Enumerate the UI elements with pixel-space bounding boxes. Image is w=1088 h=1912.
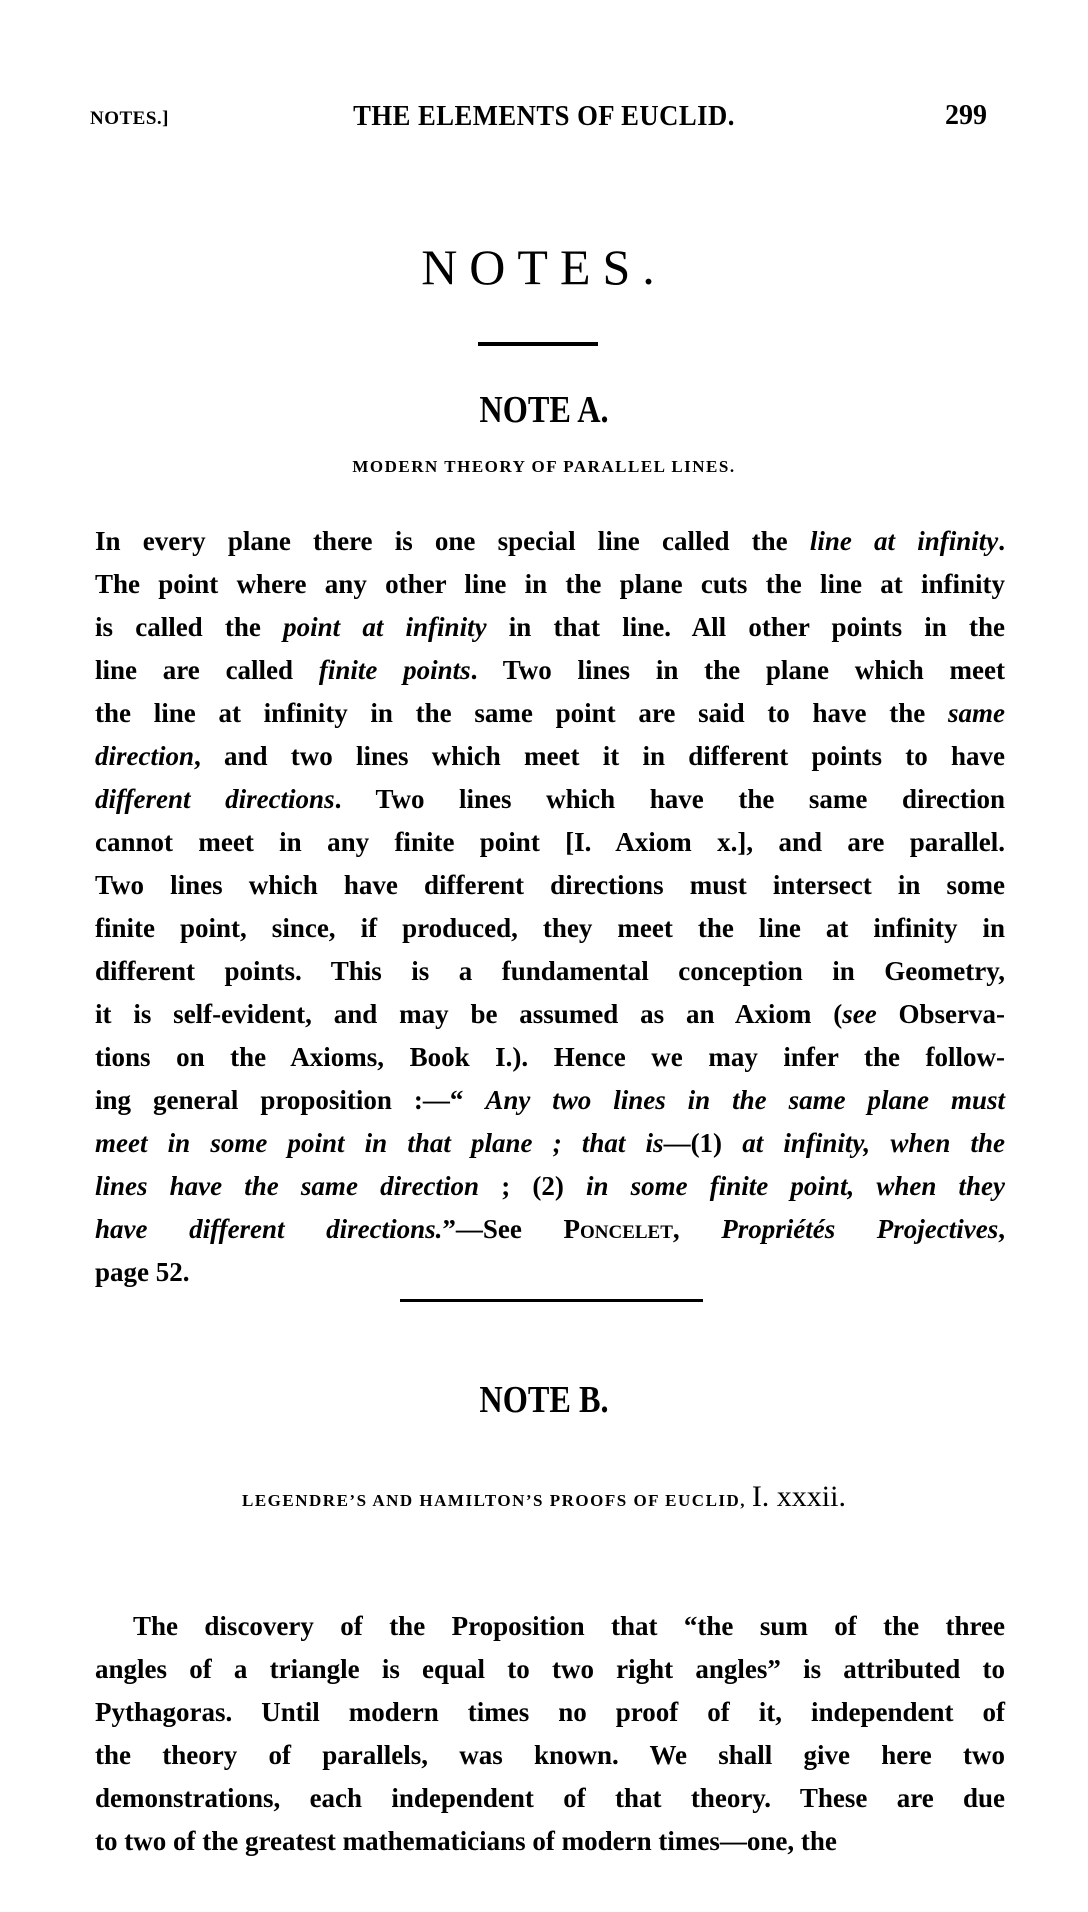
running-header: NOTES.] THE ELEMENTS OF EUCLID. 299 [0, 100, 1088, 140]
text-line: finite point, since, if produced, they m… [95, 907, 1005, 950]
text-line: page 52. [95, 1251, 1005, 1294]
italic-text: Propriétés Projectives [721, 1214, 998, 1244]
text-line: ing general proposition :—“ Any two line… [95, 1079, 1005, 1122]
italic-text: different directions [95, 784, 335, 814]
text-line: The discovery of the Proposition that “t… [95, 1605, 1005, 1648]
text-line: Pythagoras. Until modern times no proof … [95, 1691, 1005, 1734]
italic-text: have different directions. [95, 1214, 442, 1244]
italic-text: in some finite point, when they [586, 1171, 1005, 1201]
text-line: line are called finite points. Two lines… [95, 649, 1005, 692]
note-b-heading: NOTE B. [82, 1378, 1007, 1422]
note-a-subheading: MODERN THEORY OF PARALLEL LINES. [0, 457, 1088, 477]
italic-text: lines have the same direction [95, 1171, 479, 1201]
text-line: lines have the same direction ; (2) in s… [95, 1165, 1005, 1208]
text-line: cannot meet in any finite point [I. Axio… [95, 821, 1005, 864]
italic-text: Any two lines in the same plane must [485, 1085, 1005, 1115]
text-line: the theory of parallels, was known. We s… [95, 1734, 1005, 1777]
running-header-title: THE ELEMENTS OF EUCLID. [44, 100, 1045, 133]
italic-text: same [948, 698, 1005, 728]
text-line: tions on the Axioms, Book I.). Hence we … [95, 1036, 1005, 1079]
italic-text: at infinity, when the [742, 1128, 1005, 1158]
italic-text: finite points [319, 655, 471, 685]
text-line: meet in some point in that plane ; that … [95, 1122, 1005, 1165]
italic-text: point at infinity [283, 612, 486, 642]
author-name: Poncelet [563, 1214, 672, 1244]
text-line: The point where any other line in the pl… [95, 563, 1005, 606]
text-line: In every plane there is one special line… [95, 520, 1005, 563]
text-line: to two of the greatest mathematicians of… [95, 1820, 1005, 1863]
italic-text: meet in some point in that plane ; that … [95, 1128, 664, 1158]
italic-text: line at infinity [810, 526, 998, 556]
title-divider [478, 342, 598, 346]
text-line: Two lines which have different direction… [95, 864, 1005, 907]
text-line: different points. This is a fundamental … [95, 950, 1005, 993]
page-title: NOTES. [0, 238, 1088, 296]
page-number: 299 [945, 100, 987, 132]
text-line: the line at infinity in the same point a… [95, 692, 1005, 735]
note-b-subheading: LEGENDRE’S AND HAMILTON’S PROOFS OF EUCL… [0, 1480, 1088, 1514]
note-a-heading: NOTE A. [82, 388, 1007, 432]
text-line: angles of a triangle is equal to two rig… [95, 1648, 1005, 1691]
note-a-body: In every plane there is one special line… [95, 520, 1005, 1294]
text-line: is called the point at infinity in that … [95, 606, 1005, 649]
text-line: direction, and two lines which meet it i… [95, 735, 1005, 778]
text-line: different directions. Two lines which ha… [95, 778, 1005, 821]
text-line: it is self-evident, and may be assumed a… [95, 993, 1005, 1036]
italic-text: direction [95, 741, 194, 771]
note-b-proposition-ref: I. xxxii. [752, 1480, 846, 1513]
note-b-subheading-text: LEGENDRE’S AND HAMILTON’S PROOFS OF EUCL… [242, 1491, 746, 1510]
note-b-body: The discovery of the Proposition that “t… [95, 1605, 1005, 1863]
section-divider [400, 1299, 703, 1302]
italic-text: see [842, 999, 876, 1029]
text-line: demonstrations, each independent of that… [95, 1777, 1005, 1820]
text-line: have different directions.”—See Poncelet… [95, 1208, 1005, 1251]
